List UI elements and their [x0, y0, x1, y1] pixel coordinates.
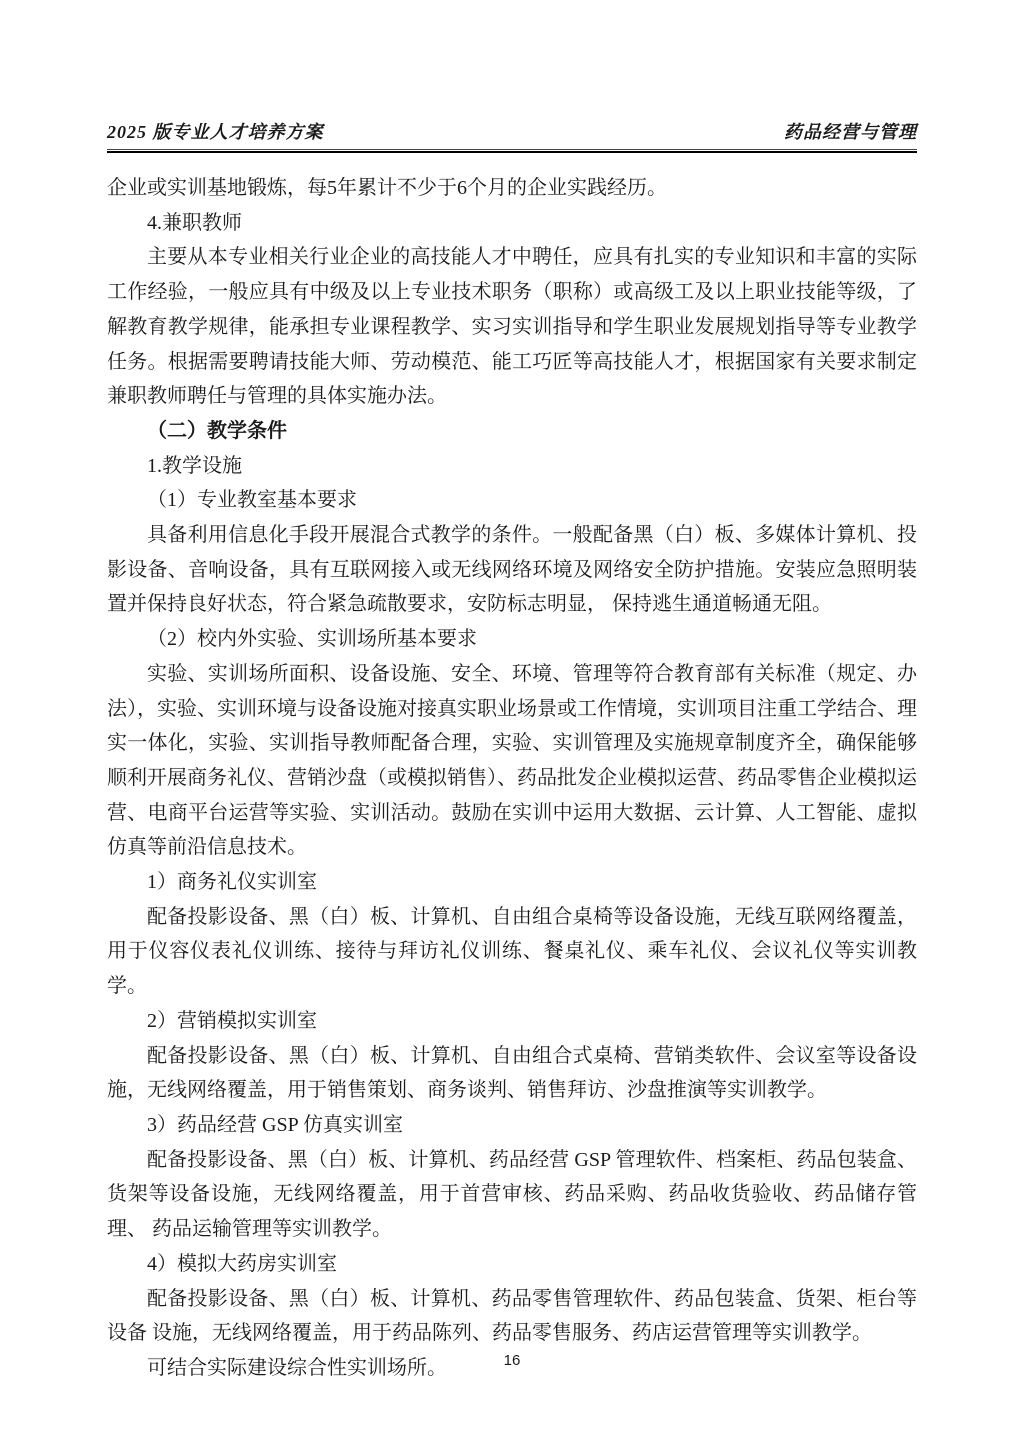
- heading-pharmacy-simulation-room: 4）模拟大药房实训室: [107, 1247, 917, 1282]
- heading-training-site-requirements: （2）校内外实验、实训场所基本要求: [107, 622, 917, 657]
- paragraph-business-etiquette-room: 配备投影设备、黑（白）板、计算机、自由组合桌椅等设备设施，无线互联网络覆盖，用于…: [107, 900, 917, 1004]
- page-header: 2025 版专业人才培养方案 药品经营与管理: [107, 118, 917, 153]
- page-footer: 16: [0, 1352, 1024, 1369]
- paragraph-marketing-simulation-room: 配备投影设备、黑（白）板、计算机、自由组合式桌椅、营销类软件、会议室等设备设 施…: [107, 1039, 917, 1108]
- heading-gsp-simulation-room: 3）药品经营 GSP 仿真实训室: [107, 1108, 917, 1143]
- paragraph-part-time-teachers: 主要从本专业相关行业企业的高技能人才中聘任，应具有扎实的专业知识和丰富的实际工作…: [107, 240, 917, 414]
- header-right-title: 药品经营与管理: [784, 118, 917, 144]
- heading-classroom-requirements: （1）专业教室基本要求: [107, 483, 917, 518]
- heading-business-etiquette-room: 1）商务礼仪实训室: [107, 865, 917, 900]
- document-page: 2025 版专业人才培养方案 药品经营与管理 企业或实训基地锻炼，每5年累计不少…: [0, 0, 1024, 1448]
- heading-teaching-facilities: 1.教学设施: [107, 449, 917, 484]
- paragraph-continuation: 企业或实训基地锻炼，每5年累计不少于6个月的企业实践经历。: [107, 171, 917, 206]
- paragraph-pharmacy-simulation-room: 配备投影设备、黑（白）板、计算机、药品零售管理软件、药品包装盒、货架、柜台等设备…: [107, 1282, 917, 1351]
- paragraph-training-site-requirements: 实验、实训场所面积、设备设施、安全、环境、管理等符合教育部有关标准（规定、办法）…: [107, 657, 917, 865]
- page-number: 16: [504, 1352, 521, 1369]
- heading-marketing-simulation-room: 2）营销模拟实训室: [107, 1004, 917, 1039]
- document-body: 企业或实训基地锻炼，每5年累计不少于6个月的企业实践经历。4.兼职教师主要从本专…: [107, 171, 917, 1386]
- header-left-title: 2025 版专业人才培养方案: [107, 118, 324, 144]
- paragraph-gsp-simulation-room: 配备投影设备、黑（白）板、计算机、药品经营 GSP 管理软件、档案柜、药品包装盒…: [107, 1143, 917, 1247]
- heading-part-time-teachers: 4.兼职教师: [107, 206, 917, 241]
- heading-teaching-conditions: （二）教学条件: [107, 414, 917, 449]
- paragraph-classroom-requirements: 具备利用信息化手段开展混合式教学的条件。一般配备黑（白）板、多媒体计算机、投 影…: [107, 518, 917, 622]
- header-rule-bottom: [107, 151, 917, 153]
- header-rule-top: [107, 149, 917, 150]
